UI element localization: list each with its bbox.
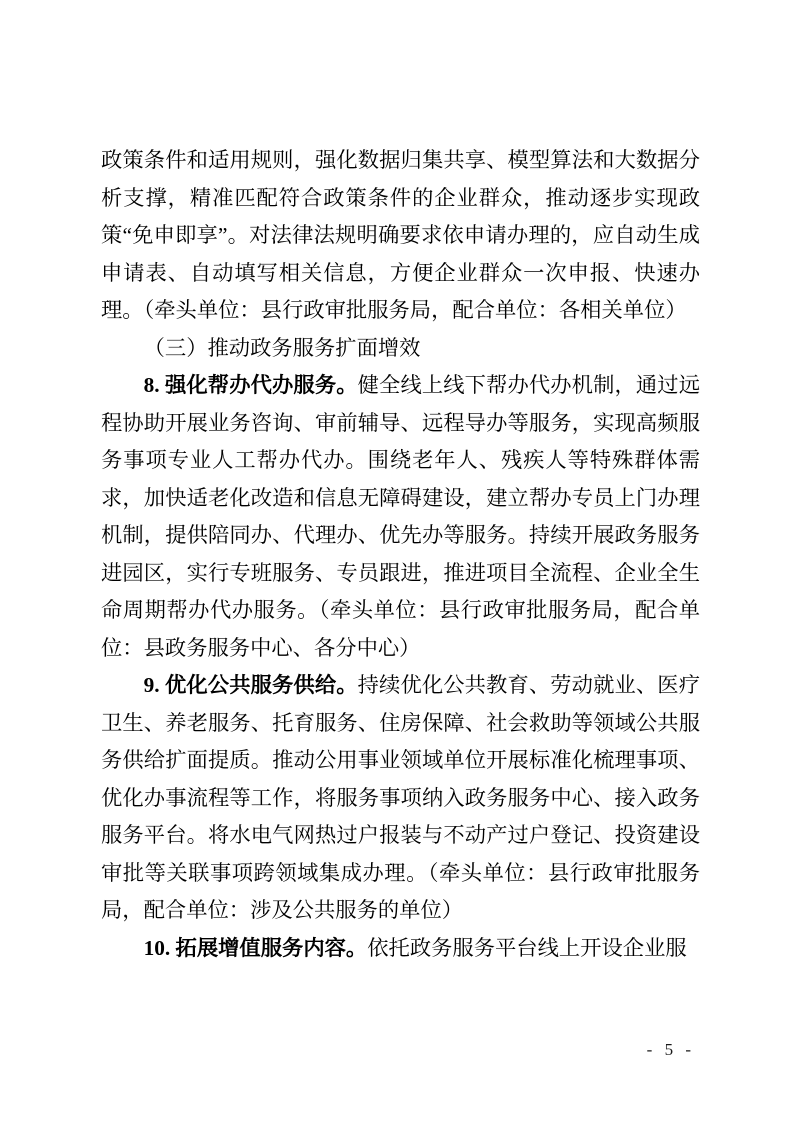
item-8-lead: 8. 强化帮办代办服务。: [144, 373, 358, 397]
item-8-text: 健全线上线下帮办代办机制，通过远程协助开展业务咨询、审前辅导、远程导办等服务，实…: [101, 373, 700, 660]
paragraph-continuation-text: 政策条件和适用规则，强化数据归集共享、模型算法和大数据分析支撑，精准匹配符合政策…: [101, 148, 700, 322]
item-10-lead: 10. 拓展增值服务内容。: [144, 936, 368, 960]
document-body: 政策条件和适用规则，强化数据归集共享、模型算法和大数据分析支撑，精准匹配符合政策…: [101, 142, 700, 967]
document-page: 政策条件和适用规则，强化数据归集共享、模型算法和大数据分析支撑，精准匹配符合政策…: [0, 0, 793, 1122]
item-9-lead: 9. 优化公共服务供给。: [144, 673, 358, 697]
paragraph-item-8: 8. 强化帮办代办服务。健全线上线下帮办代办机制，通过远程协助开展业务咨询、审前…: [101, 367, 700, 667]
section-heading-text: （三）推动政务服务扩面增效: [144, 336, 421, 360]
paragraph-item-9: 9. 优化公共服务供给。持续优化公共教育、劳动就业、医疗卫生、养老服务、托育服务…: [101, 667, 700, 930]
item-9-text: 持续优化公共教育、劳动就业、医疗卫生、养老服务、托育服务、住房保障、社会救助等领…: [101, 673, 700, 922]
paragraph-continuation: 政策条件和适用规则，强化数据归集共享、模型算法和大数据分析支撑，精准匹配符合政策…: [101, 142, 700, 330]
item-10-text: 依托政务服务平台线上开设企业服: [367, 936, 686, 960]
section-heading: （三）推动政务服务扩面增效: [101, 330, 700, 368]
paragraph-item-10: 10. 拓展增值服务内容。依托政务服务平台线上开设企业服: [101, 930, 700, 968]
page-number: - 5 -: [647, 1040, 695, 1060]
